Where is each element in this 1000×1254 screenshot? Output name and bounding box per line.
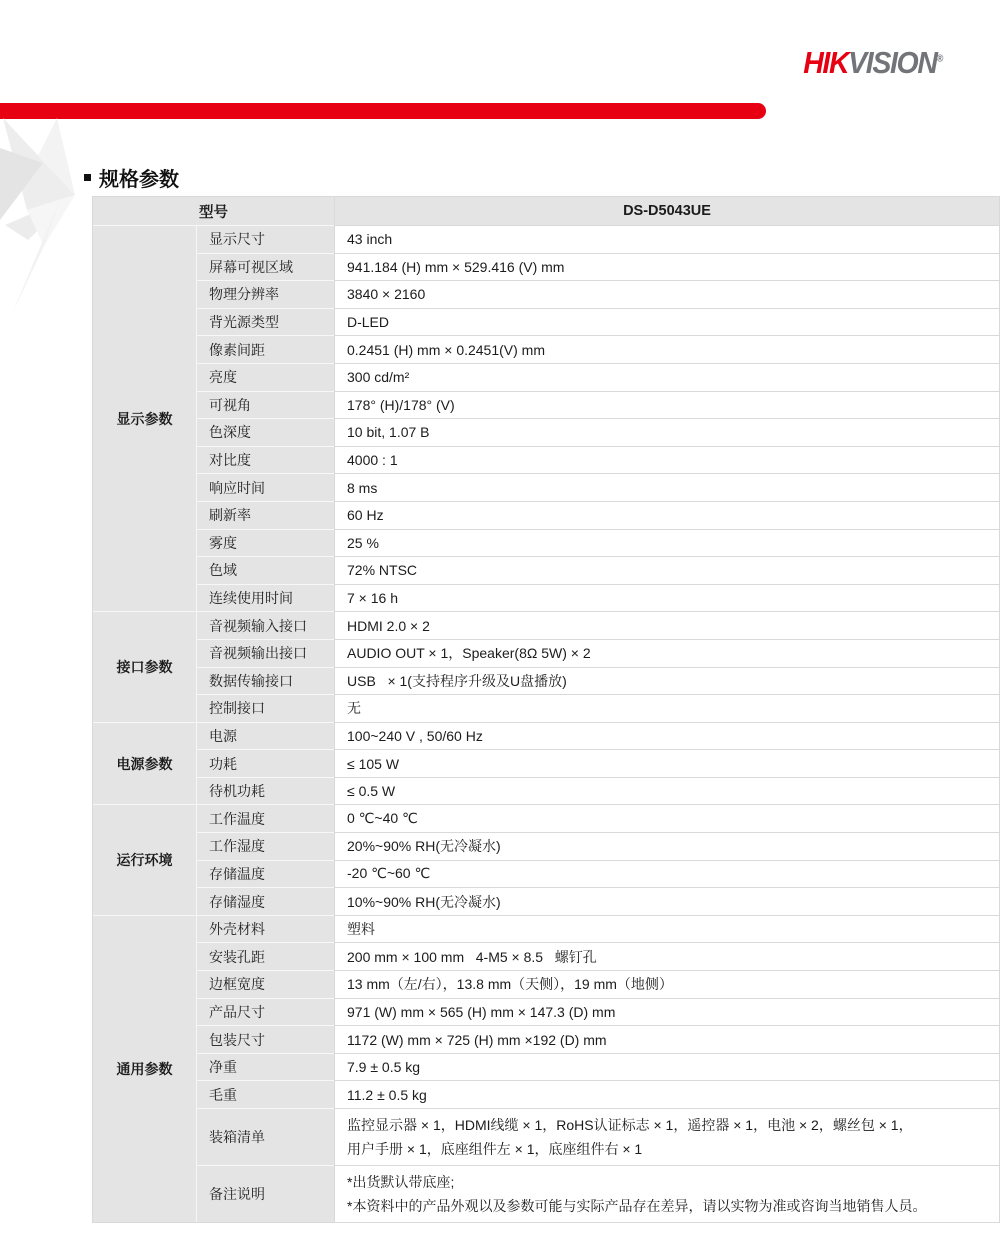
category-cell: 电源参数 [93, 722, 196, 805]
param-name-cell: 色域 [196, 556, 334, 584]
table-header-row: 型号 DS-D5043UE [93, 197, 999, 225]
param-value-cell: 无 [334, 694, 999, 722]
param-value-cell: 3840 × 2160 [334, 280, 999, 308]
param-value-cell: 971 (W) mm × 565 (H) mm × 147.3 (D) mm [334, 998, 999, 1026]
table-row: 色域72% NTSC [93, 556, 999, 584]
param-value-cell: 13 mm（左/右），13.8 mm（天侧），19 mm（地侧） [334, 970, 999, 998]
logo-hik-text: HIK [803, 45, 848, 80]
table-row: 连续使用时间7 × 16 h [93, 584, 999, 612]
table-row: 运行环境工作温度0 ℃~40 ℃ [93, 804, 999, 832]
param-value-cell: 1172 (W) mm × 725 (H) mm ×192 (D) mm [334, 1025, 999, 1053]
param-name-cell: 存储湿度 [196, 887, 334, 915]
param-value-cell: 塑料 [334, 915, 999, 943]
param-name-cell: 净重 [196, 1053, 334, 1081]
param-value-cell: 300 cd/m² [334, 363, 999, 391]
param-value-cell: 25 % [334, 529, 999, 557]
table-row: 刷新率60 Hz [93, 501, 999, 529]
table-row: 对比度4000 : 1 [93, 446, 999, 474]
param-name-cell: 备注说明 [196, 1165, 334, 1222]
param-name-cell: 亮度 [196, 363, 334, 391]
param-value-cell: 60 Hz [334, 501, 999, 529]
table-row: 响应时间8 ms [93, 473, 999, 501]
param-name-cell: 装箱清单 [196, 1108, 334, 1165]
param-name-cell: 存储温度 [196, 860, 334, 888]
param-value-cell: *出货默认带底座; *本资料中的产品外观以及参数可能与实际产品存在差异，请以实物… [334, 1165, 999, 1222]
param-value-cell: 43 inch [334, 225, 999, 253]
param-name-cell: 外壳材料 [196, 915, 334, 943]
param-value-cell: 4000 : 1 [334, 446, 999, 474]
registered-trademark-icon: ® [936, 54, 943, 65]
table-row: 存储湿度10%~90% RH(无冷凝水) [93, 887, 999, 915]
table-row: 色深度10 bit, 1.07 B [93, 418, 999, 446]
param-name-cell: 显示尺寸 [196, 225, 334, 253]
param-name-cell: 待机功耗 [196, 777, 334, 805]
param-name-cell: 响应时间 [196, 473, 334, 501]
table-row: 接口参数音视频输入接口HDMI 2.0 × 2 [93, 611, 999, 639]
table-row: 存储温度-20 ℃~60 ℃ [93, 860, 999, 888]
param-name-cell: 音视频输入接口 [196, 611, 334, 639]
param-name-cell: 电源 [196, 722, 334, 750]
param-name-cell: 工作温度 [196, 804, 334, 832]
param-name-cell: 像素间距 [196, 335, 334, 363]
param-value-cell: ≤ 0.5 W [334, 777, 999, 805]
table-row: 毛重11.2 ± 0.5 kg [93, 1080, 999, 1108]
param-value-cell: D-LED [334, 308, 999, 336]
table-row: 安装孔距200 mm × 100 mm 4-M5 × 8.5 螺钉孔 [93, 942, 999, 970]
model-header-label: 型号 [93, 197, 334, 225]
param-name-cell: 音视频输出接口 [196, 639, 334, 667]
param-name-cell: 连续使用时间 [196, 584, 334, 612]
category-cell: 接口参数 [93, 611, 196, 721]
table-row: 数据传输接口USB × 1(支持程序升级及U盘播放) [93, 667, 999, 695]
category-cell: 通用参数 [93, 915, 196, 1222]
param-name-cell: 控制接口 [196, 694, 334, 722]
square-bullet-icon [84, 174, 91, 181]
param-value-cell: USB × 1(支持程序升级及U盘播放) [334, 667, 999, 695]
table-row: 装箱清单监控显示器 × 1，HDMI线缆 × 1，RoHS认证标志 × 1，遥控… [93, 1108, 999, 1165]
model-number: DS-D5043UE [334, 197, 999, 225]
param-name-cell: 雾度 [196, 529, 334, 557]
param-value-cell: 10 bit, 1.07 B [334, 418, 999, 446]
param-value-cell: 20%~90% RH(无冷凝水) [334, 832, 999, 860]
param-value-cell: 0 ℃~40 ℃ [334, 804, 999, 832]
param-value-cell: HDMI 2.0 × 2 [334, 611, 999, 639]
param-value-cell: 8 ms [334, 473, 999, 501]
table-row: 音视频输出接口AUDIO OUT × 1，Speaker(8Ω 5W) × 2 [93, 639, 999, 667]
param-name-cell: 工作湿度 [196, 832, 334, 860]
param-name-cell: 物理分辨率 [196, 280, 334, 308]
red-accent-bar [0, 103, 766, 119]
table-row: 亮度300 cd/m² [93, 363, 999, 391]
param-value-cell: 10%~90% RH(无冷凝水) [334, 887, 999, 915]
param-name-cell: 边框宽度 [196, 970, 334, 998]
param-value-cell: 200 mm × 100 mm 4-M5 × 8.5 螺钉孔 [334, 942, 999, 970]
table-row: 可视角178° (H)/178° (V) [93, 391, 999, 419]
param-value-cell: 178° (H)/178° (V) [334, 391, 999, 419]
table-row: 边框宽度13 mm（左/右），13.8 mm（天侧），19 mm（地侧） [93, 970, 999, 998]
param-name-cell: 刷新率 [196, 501, 334, 529]
logo-vision-text: VISION [848, 45, 936, 80]
table-row: 背光源类型D-LED [93, 308, 999, 336]
spec-table: 型号 DS-D5043UE 显示参数显示尺寸43 inch屏幕可视区域941.1… [92, 196, 1000, 1223]
param-value-cell: 11.2 ± 0.5 kg [334, 1080, 999, 1108]
table-row: 屏幕可视区域941.184 (H) mm × 529.416 (V) mm [93, 253, 999, 281]
table-row: 包装尺寸1172 (W) mm × 725 (H) mm ×192 (D) mm [93, 1025, 999, 1053]
param-name-cell: 数据传输接口 [196, 667, 334, 695]
table-row: 工作湿度20%~90% RH(无冷凝水) [93, 832, 999, 860]
param-name-cell: 对比度 [196, 446, 334, 474]
param-value-cell: AUDIO OUT × 1，Speaker(8Ω 5W) × 2 [334, 639, 999, 667]
param-value-cell: 100~240 V , 50/60 Hz [334, 722, 999, 750]
table-row: 物理分辨率3840 × 2160 [93, 280, 999, 308]
param-value-cell: 0.2451 (H) mm × 0.2451(V) mm [334, 335, 999, 363]
param-name-cell: 安装孔距 [196, 942, 334, 970]
param-name-cell: 功耗 [196, 749, 334, 777]
table-row: 功耗≤ 105 W [93, 749, 999, 777]
table-row: 显示参数显示尺寸43 inch [93, 225, 999, 253]
category-cell: 运行环境 [93, 804, 196, 914]
param-name-cell: 可视角 [196, 391, 334, 419]
table-row: 产品尺寸971 (W) mm × 565 (H) mm × 147.3 (D) … [93, 998, 999, 1026]
param-name-cell: 色深度 [196, 418, 334, 446]
hikvision-logo: HIKVISION® [803, 45, 943, 81]
table-row: 雾度25 % [93, 529, 999, 557]
table-row: 电源参数电源100~240 V , 50/60 Hz [93, 722, 999, 750]
param-name-cell: 屏幕可视区域 [196, 253, 334, 281]
table-row: 待机功耗≤ 0.5 W [93, 777, 999, 805]
param-name-cell: 包装尺寸 [196, 1025, 334, 1053]
table-row: 控制接口无 [93, 694, 999, 722]
param-value-cell: 72% NTSC [334, 556, 999, 584]
param-value-cell: -20 ℃~60 ℃ [334, 860, 999, 888]
param-value-cell: ≤ 105 W [334, 749, 999, 777]
table-row: 像素间距0.2451 (H) mm × 0.2451(V) mm [93, 335, 999, 363]
param-name-cell: 毛重 [196, 1080, 334, 1108]
table-row: 净重7.9 ± 0.5 kg [93, 1053, 999, 1081]
decorative-star-graphic [0, 114, 80, 314]
param-name-cell: 产品尺寸 [196, 998, 334, 1026]
table-row: 通用参数外壳材料塑料 [93, 915, 999, 943]
param-name-cell: 背光源类型 [196, 308, 334, 336]
param-value-cell: 941.184 (H) mm × 529.416 (V) mm [334, 253, 999, 281]
category-cell: 显示参数 [93, 225, 196, 611]
param-value-cell: 7.9 ± 0.5 kg [334, 1053, 999, 1081]
table-row: 备注说明*出货默认带底座; *本资料中的产品外观以及参数可能与实际产品存在差异，… [93, 1165, 999, 1222]
section-title: 规格参数 [84, 163, 179, 192]
param-value-cell: 监控显示器 × 1，HDMI线缆 × 1，RoHS认证标志 × 1，遥控器 × … [334, 1108, 999, 1165]
section-title-text: 规格参数 [99, 163, 179, 192]
param-value-cell: 7 × 16 h [334, 584, 999, 612]
spec-table-body: 型号 DS-D5043UE 显示参数显示尺寸43 inch屏幕可视区域941.1… [93, 197, 999, 1222]
